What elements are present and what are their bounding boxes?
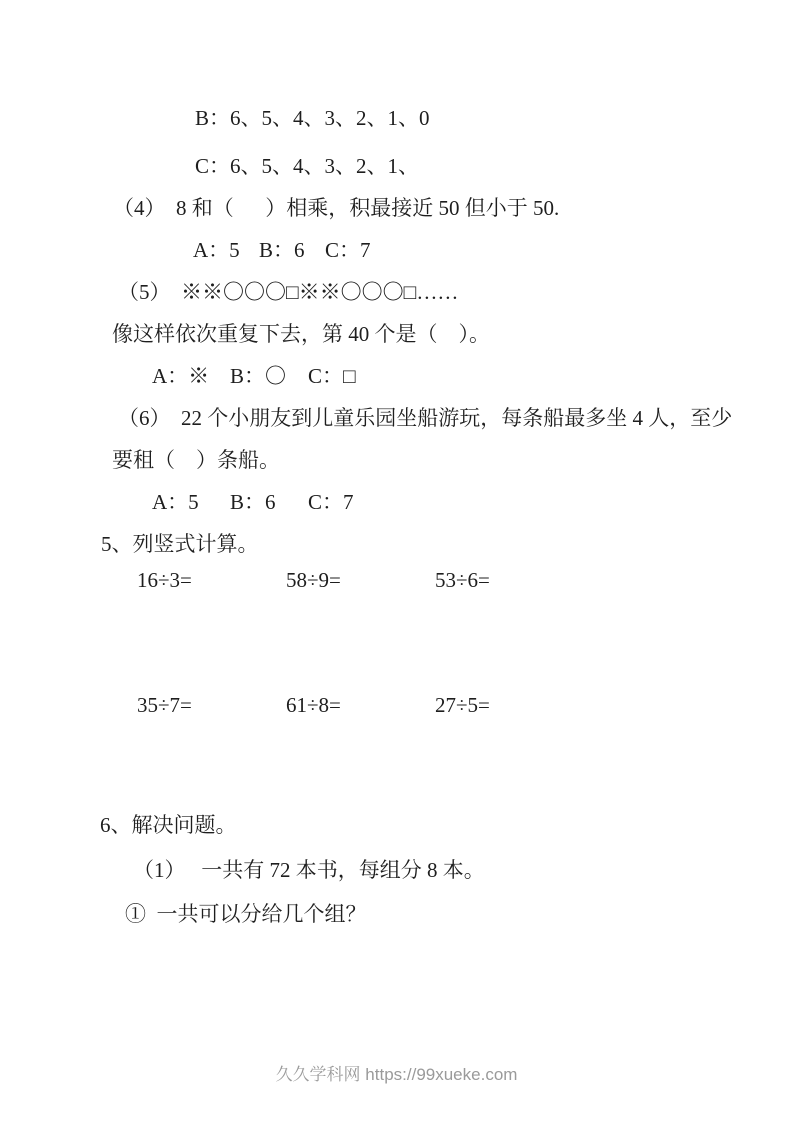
q5-prompt: 像这样依次重复下去，第 40 个是（ ）。 bbox=[112, 313, 760, 355]
q5-pattern: （5） ※※〇〇〇□※※〇〇〇□…… bbox=[118, 271, 760, 313]
footer-url: https://99xueke.com bbox=[365, 1065, 517, 1084]
q4-choice-a: A：5 bbox=[193, 229, 259, 271]
calculation-workspace-2 bbox=[100, 726, 760, 804]
equation-27-div-5: 27÷5= bbox=[435, 684, 584, 726]
q6-prompt-line1: （6） 22 个小朋友到儿童乐园坐船游玩，每条船最多坐 4 人，至少 bbox=[118, 397, 760, 439]
section5-row1: 16÷3= 58÷9= 53÷6= bbox=[137, 559, 760, 601]
q3-option-c: C：6、5、4、3、2、1、 bbox=[195, 145, 760, 187]
worksheet-body: B：6、5、4、3、2、1、0 C：6、5、4、3、2、1、 （4） 8 和（ … bbox=[100, 0, 760, 935]
q5-choice-c: C：□ bbox=[308, 355, 386, 397]
q5-choice-b: B：〇 bbox=[230, 355, 308, 397]
q3-option-b: B：6、5、4、3、2、1、0 bbox=[195, 97, 760, 139]
equation-58-div-9: 58÷9= bbox=[286, 559, 435, 601]
q6-choices: A：5 B：6 C：7 bbox=[152, 481, 760, 523]
equation-35-div-7: 35÷7= bbox=[137, 684, 286, 726]
equation-16-div-3: 16÷3= bbox=[137, 559, 286, 601]
q6-choice-b: B：6 bbox=[230, 481, 308, 523]
section6-heading: 6、解决问题。 bbox=[100, 804, 760, 846]
footer-site-name: 久久学科网 bbox=[276, 1065, 361, 1084]
q5-choices: A：※ B：〇 C：□ bbox=[152, 355, 760, 397]
q4-choice-c: C：7 bbox=[325, 229, 391, 271]
section6-item1-sub1: ① 一共可以分给几个组？ bbox=[125, 893, 760, 935]
q4-prompt: （4） 8 和（ ）相乘，积最接近 50 但小于 50. bbox=[113, 187, 760, 229]
equation-53-div-6: 53÷6= bbox=[435, 559, 584, 601]
section5-row2: 35÷7= 61÷8= 27÷5= bbox=[137, 684, 760, 726]
worksheet-page: B：6、5、4、3、2、1、0 C：6、5、4、3、2、1、 （4） 8 和（ … bbox=[0, 0, 793, 1122]
q6-choice-c: C：7 bbox=[308, 481, 386, 523]
section6-item1: （1） 一共有 72 本书，每组分 8 本。 bbox=[133, 849, 760, 891]
calculation-workspace-1 bbox=[100, 601, 760, 684]
q5-choice-a: A：※ bbox=[152, 355, 230, 397]
q4-choices: A：5 B：6 C：7 bbox=[193, 229, 760, 271]
equation-61-div-8: 61÷8= bbox=[286, 684, 435, 726]
q6-prompt-line2: 要租（ ）条船。 bbox=[112, 439, 760, 481]
q4-choice-b: B：6 bbox=[259, 229, 325, 271]
page-footer: 久久学科网 https://99xueke.com bbox=[0, 1062, 793, 1088]
q6-choice-a: A：5 bbox=[152, 481, 230, 523]
